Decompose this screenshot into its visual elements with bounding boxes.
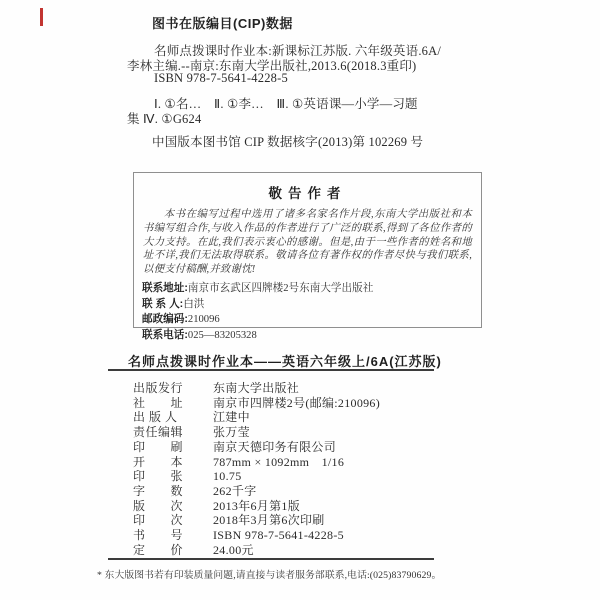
colophon-value: ISBN 978-7-5641-4228-5 xyxy=(213,528,344,543)
contact-row-address: 联系地址:南京市玄武区四牌楼2号东南大学出版社 xyxy=(142,281,481,297)
colophon-label: 出版发行 xyxy=(133,381,191,396)
colophon-label: 定 价 xyxy=(133,543,191,558)
colophon-label: 印 次 xyxy=(133,513,191,528)
colophon-label: 书 号 xyxy=(133,528,191,543)
colophon-row-edition: 版 次2013年6月第1版 xyxy=(133,499,493,514)
colophon-value: 张万莹 xyxy=(213,425,250,440)
book-title: 名师点拨课时作业本——英语六年级上/6A(江苏版) xyxy=(128,351,442,370)
colophon-value: 2013年6月第1版 xyxy=(213,499,300,514)
contact-value: 210096 xyxy=(188,314,220,325)
colophon-value: 东南大学出版社 xyxy=(213,381,299,396)
copyright-page: 图书在版编目(CIP)数据 名师点拨课时作业本:新课标江苏版. 六年级英语.6A… xyxy=(0,0,600,600)
cip-heading: 图书在版编目(CIP)数据 xyxy=(152,13,293,32)
quality-footnote: * 东大版图书若有印装质量问题,请直接与读者服务部联系,电话:(025)8379… xyxy=(97,567,517,581)
colophon-label: 字 数 xyxy=(133,484,191,499)
colophon-row-publisher: 出版发行东南大学出版社 xyxy=(133,381,493,396)
contact-label: 联系电话: xyxy=(142,329,188,341)
colophon-value: 2018年3月第6次印刷 xyxy=(213,513,325,528)
contact-label: 联系地址: xyxy=(142,282,188,294)
colophon-row-printer: 印 刷南京天德印务有限公司 xyxy=(133,440,493,455)
colophon-value: 787mm × 1092mm 1/16 xyxy=(213,455,344,470)
colophon-row-printing: 印 次2018年3月第6次印刷 xyxy=(133,513,493,528)
colophon-label: 版 次 xyxy=(133,499,191,514)
contact-row-phone: 联系电话:025—83205328 xyxy=(142,328,481,344)
colophon-row-price: 定 价24.00元 xyxy=(133,543,493,558)
colophon-value: 262千字 xyxy=(213,484,257,499)
colophon-label: 社 址 xyxy=(133,396,191,411)
notice-contact-rows: 联系地址:南京市玄武区四牌楼2号东南大学出版社 联 系 人:白洪 邮政编码:21… xyxy=(142,281,481,343)
colophon-row-format: 开 本787mm × 1092mm 1/16 xyxy=(133,455,493,470)
notice-to-authors-box: 敬告作者 本书在编写过程中选用了诸多名家名作片段,东南大学出版社和本书编写组合作… xyxy=(133,172,482,328)
colophon-row-isbn: 书 号ISBN 978-7-5641-4228-5 xyxy=(133,528,493,543)
divider-rule-top xyxy=(108,369,434,371)
colophon-label: 印 张 xyxy=(133,469,191,484)
contact-value: 025—83205328 xyxy=(188,330,257,341)
colophon-row-editor: 责任编辑张万莹 xyxy=(133,425,493,440)
contact-label: 邮政编码: xyxy=(142,313,188,325)
red-registration-mark xyxy=(40,8,43,26)
colophon-value: 10.75 xyxy=(213,469,242,484)
colophon-row-address: 社 址南京市四牌楼2号(邮编:210096) xyxy=(133,396,493,411)
contact-label: 联 系 人: xyxy=(142,298,183,310)
colophon-label: 出 版 人 xyxy=(133,410,191,425)
notice-title: 敬告作者 xyxy=(134,182,481,202)
contact-row-postcode: 邮政编码:210096 xyxy=(142,312,481,328)
colophon-row-sheets: 印 张10.75 xyxy=(133,469,493,484)
divider-rule-bottom xyxy=(108,558,434,560)
colophon-label: 责任编辑 xyxy=(133,425,191,440)
notice-paragraph: 本书在编写过程中选用了诸多名家名作片段,东南大学出版社和本书编写组合作,与收入作… xyxy=(143,208,472,277)
colophon-label: 开 本 xyxy=(133,455,191,470)
colophon-value: 江建中 xyxy=(213,410,250,425)
colophon-row-publisher-person: 出 版 人江建中 xyxy=(133,410,493,425)
colophon-row-wordcount: 字 数262千字 xyxy=(133,484,493,499)
cip-isbn-line: ISBN 978-7-5641-4228-5 xyxy=(154,71,288,86)
cip-classification-line-2: 集 Ⅳ. ①G624 xyxy=(127,109,201,127)
cip-registry-line: 中国版本图书馆 CIP 数据核字(2013)第 102269 号 xyxy=(152,132,423,150)
contact-value: 南京市玄武区四牌楼2号东南大学出版社 xyxy=(188,283,373,294)
colophon-value: 南京天德印务有限公司 xyxy=(213,440,336,455)
colophon-table: 出版发行东南大学出版社 社 址南京市四牌楼2号(邮编:210096) 出 版 人… xyxy=(133,381,493,557)
colophon-value: 24.00元 xyxy=(213,543,254,558)
colophon-value: 南京市四牌楼2号(邮编:210096) xyxy=(213,396,380,411)
contact-row-person: 联 系 人:白洪 xyxy=(142,297,481,313)
colophon-label: 印 刷 xyxy=(133,440,191,455)
contact-value: 白洪 xyxy=(183,299,204,310)
